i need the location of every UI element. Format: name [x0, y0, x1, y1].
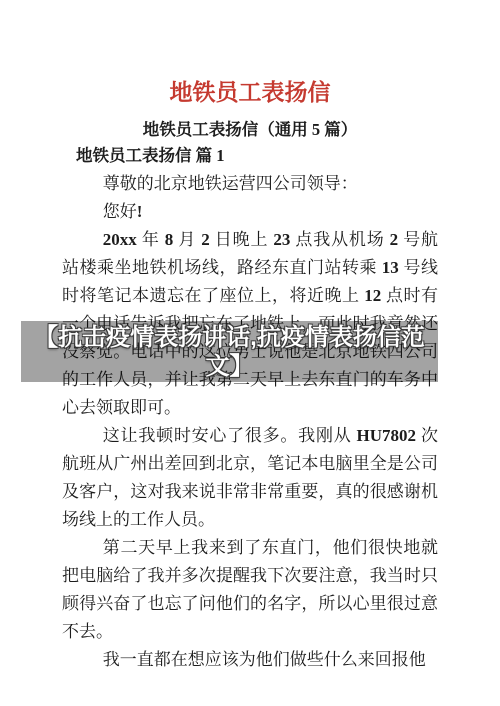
section-heading: 地铁员工表扬信 篇 1 — [76, 146, 438, 165]
watermark-text: 【抗击疫情表扬讲话,抗疫情表扬信范文】 — [21, 323, 438, 381]
document-subtitle: 地铁员工表扬信（通用 5 篇） — [0, 120, 500, 139]
document-body: 尊敬的北京地铁运营四公司领导： 您好! 20xx 年 8 月 2 日晚上 23 … — [62, 170, 438, 674]
paragraph-greeting: 您好! — [62, 198, 438, 226]
document-content: 地铁员工表扬信 篇 1 尊敬的北京地铁运营四公司领导： 您好! 20xx 年 8… — [0, 146, 500, 674]
document-page: 地铁员工表扬信 地铁员工表扬信（通用 5 篇） 地铁员工表扬信 篇 1 尊敬的北… — [0, 0, 500, 706]
paragraph-relief: 这让我顿时安心了很多。我刚从 HU7802 次航班从广州出差回到北京，笔记本电脑… — [62, 422, 438, 534]
paragraph-pickup: 第二天早上我来到了东直门，他们很快地就把电脑给了我并多次提醒我下次要注意，我当时… — [62, 534, 438, 646]
watermark-banner: 【抗击疫情表扬讲话,抗疫情表扬信范文】 — [21, 321, 438, 382]
paragraph-salutation: 尊敬的北京地铁运营四公司领导： — [62, 170, 438, 198]
paragraph-gratitude: 我一直都在想应该为他们做些什么来回报他 — [62, 646, 438, 674]
document-title: 地铁员工表扬信 — [0, 0, 500, 105]
